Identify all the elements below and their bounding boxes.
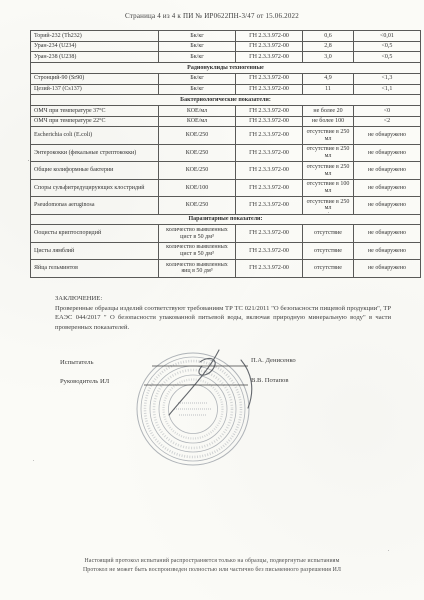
cell-unit: Бк/кг [159,73,236,84]
cell-unit: КОЕ/250 [159,162,236,179]
results-table-body: Торий-232 (Th232)Бк/кгГН 2.3.3.972-000,6… [31,31,421,278]
cell-norm: 4,9 [303,73,354,84]
table-row: Энтерококки (фекальные стрептококки)КОЕ/… [31,144,421,161]
cell-norm: не более 20 [303,106,354,117]
cell-result: не обнаружено [354,242,421,259]
signature-name-lab-head: В.В. Потапов [251,377,288,384]
cell-result: <0,01 [354,31,421,42]
cell-doc: ГН 2.3.3.972-00 [236,52,303,63]
cell-param: Цисты лямблий [31,242,159,259]
cell-doc: ГН 2.3.3.972-00 [236,127,303,144]
cell-param: Общие колиформные бактерии [31,162,159,179]
cell-doc: ГН 2.3.3.972-00 [236,73,303,84]
table-row: Уран-234 (U234)Бк/кгГН 2.3.3.972-002,8<0… [31,41,421,52]
conclusion-block: ЗАКЛЮЧЕНИЕ: Проверенные образцы изделий … [55,294,391,332]
signature-lines [144,366,248,385]
cell-unit: КОЕ/250 [159,127,236,144]
table-row: ОМЧ при температуре 37°СКОЕ/млГН 2.3.3.9… [31,106,421,117]
cell-param: Pseudomonas aeruginosa [31,197,159,214]
cell-result: не обнаружено [354,144,421,161]
cell-doc: ГН 2.3.3.972-00 [236,179,303,196]
table-row: Споры сульфитредуцирующих клостридийКОЕ/… [31,179,421,196]
table-row: Цисты лямблийколичество выявленных цист … [31,242,421,259]
footer-disclaimer-line2: Протокол не может быть воспроизведен пол… [0,567,424,573]
section-title: Бактериологические показатели: [31,95,421,106]
cell-unit: Бк/кг [159,84,236,95]
cell-result: <0 [354,106,421,117]
cell-param: Яйца гельминтов [31,260,159,277]
cell-unit: количество выявленных цист в 50 дм³ [159,242,236,259]
cell-param: ОМЧ при температуре 37°С [31,106,159,117]
cell-param: Уран-238 (U238) [31,52,159,63]
table-row: Ооцисты криптоспоридийколичество выявлен… [31,225,421,242]
cell-norm: отсутствие в 250 мл [303,127,354,144]
signature-role-lab-head: Руководитель ИЛ [60,378,109,385]
table-section-row: Бактериологические показатели: [31,95,421,106]
cell-doc: ГН 2.3.3.972-00 [236,31,303,42]
cell-norm: отсутствие в 250 мл [303,197,354,214]
cell-doc: ГН 2.3.3.972-00 [236,84,303,95]
cell-result: не обнаружено [354,260,421,277]
cell-unit: Бк/кг [159,31,236,42]
cell-unit: Бк/кг [159,52,236,63]
cell-result: <2 [354,116,421,127]
cell-unit: количество выявленных яиц в 50 дм³ [159,260,236,277]
table-row: Яйца гельминтовколичество выявленных яиц… [31,260,421,277]
cell-param: ОМЧ при температуре 22°С [31,116,159,127]
cell-doc: ГН 2.3.3.972-00 [236,144,303,161]
section-title: Паразитарные показатели: [31,214,421,225]
cell-param: Энтерококки (фекальные стрептококки) [31,144,159,161]
cell-result: не обнаружено [354,127,421,144]
signature-role-tester: Испытатель [60,359,93,366]
table-row: Торий-232 (Th232)Бк/кгГН 2.3.3.972-000,6… [31,31,421,42]
cell-param: Стронций-90 (Sr90) [31,73,159,84]
cell-doc: ГН 2.3.3.972-00 [236,260,303,277]
cell-param: Торий-232 (Th232) [31,31,159,42]
cell-norm: отсутствие в 250 мл [303,162,354,179]
cell-doc: ГН 2.3.3.972-00 [236,41,303,52]
signature-name-tester: П.А. Денисенко [251,357,296,364]
cell-result: не обнаружено [354,197,421,214]
cell-param: Уран-234 (U234) [31,41,159,52]
cell-unit: КОЕ/100 [159,179,236,196]
cell-doc: ГН 2.3.3.972-00 [236,106,303,117]
cell-doc: ГН 2.3.3.972-00 [236,162,303,179]
table-row: Pseudomonas aeruginosaКОЕ/250ГН 2.3.3.97… [31,197,421,214]
cell-unit: КОЕ/250 [159,144,236,161]
footer-disclaimer-line1: Настоящий протокол испытаний распростран… [0,558,424,564]
table-row: Стронций-90 (Sr90)Бк/кгГН 2.3.3.972-004,… [31,73,421,84]
cell-result: <1,3 [354,73,421,84]
cell-norm: 0,6 [303,31,354,42]
cell-unit: КОЕ/250 [159,197,236,214]
cell-norm: отсутствие [303,260,354,277]
cell-norm: отсутствие в 100 мл [303,179,354,196]
cell-result: не обнаружено [354,179,421,196]
cell-result: <0,5 [354,41,421,52]
cell-doc: ГН 2.3.3.972-00 [236,242,303,259]
table-row: Escherichia coli (E.coli)КОЕ/250ГН 2.3.3… [31,127,421,144]
section-title: Радионуклиды техногенные [31,63,421,74]
cell-norm: не более 100 [303,116,354,127]
cell-result: не обнаружено [354,162,421,179]
conclusion-text: Проверенные образцы изделий соответствую… [55,304,391,333]
cell-unit: КОЕ/мл [159,116,236,127]
cell-norm: 2,8 [303,41,354,52]
table-row: Цезий-137 (Cs137)Бк/кгГН 2.3.3.972-0011<… [31,84,421,95]
results-table: Торий-232 (Th232)Бк/кгГН 2.3.3.972-000,6… [30,30,421,278]
handwritten-signature [169,350,252,415]
cell-unit: количество выявленных цист в 50 дм³ [159,225,236,242]
cell-result: <0,5 [354,52,421,63]
cell-unit: Бк/кг [159,41,236,52]
cell-unit: КОЕ/мл [159,106,236,117]
cell-param: Escherichia coli (E.coli) [31,127,159,144]
cell-doc: ГН 2.3.3.972-00 [236,225,303,242]
cell-result: не обнаружено [354,225,421,242]
cell-norm: 11 [303,84,354,95]
table-row: ОМЧ при температуре 22°СКОЕ/млГН 2.3.3.9… [31,116,421,127]
conclusion-title: ЗАКЛЮЧЕНИЕ: [55,294,391,304]
table-row: Общие колиформные бактерииКОЕ/250ГН 2.3.… [31,162,421,179]
table-section-row: Радионуклиды техногенные [31,63,421,74]
cell-doc: ГН 2.3.3.972-00 [236,116,303,127]
cell-norm: отсутствие [303,225,354,242]
cell-norm: отсутствие [303,242,354,259]
cell-param: Споры сульфитредуцирующих клостридий [31,179,159,196]
table-row: Уран-238 (U238)Бк/кгГН 2.3.3.972-003,0<0… [31,52,421,63]
cell-param: Цезий-137 (Cs137) [31,84,159,95]
scan-speck [28,160,29,161]
table-section-row: Паразитарные показатели: [31,214,421,225]
cell-param: Ооцисты криптоспоридий [31,225,159,242]
page-header: Страница 4 из 4 к ПИ № ИР0622ПН-3/47 от … [0,12,424,20]
cell-doc: ГН 2.3.3.972-00 [236,197,303,214]
cell-result: <1,1 [354,84,421,95]
cell-norm: отсутствие в 250 мл [303,144,354,161]
cell-norm: 3,0 [303,52,354,63]
